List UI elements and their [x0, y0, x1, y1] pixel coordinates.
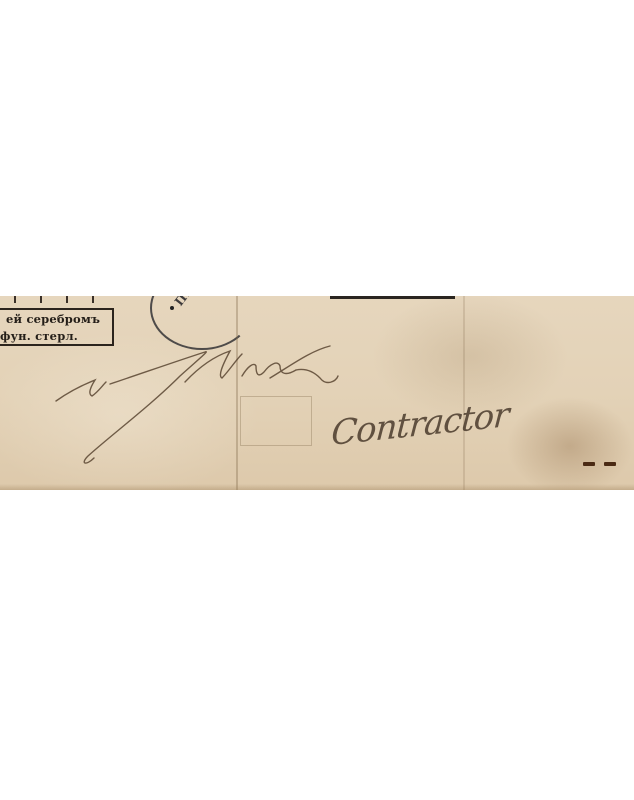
- signature-ink: [0, 296, 634, 490]
- document-paper: ей серебромъ фун. стерл. ПЕЧАТЬ Contract…: [0, 296, 634, 490]
- ink-blots: [583, 451, 625, 470]
